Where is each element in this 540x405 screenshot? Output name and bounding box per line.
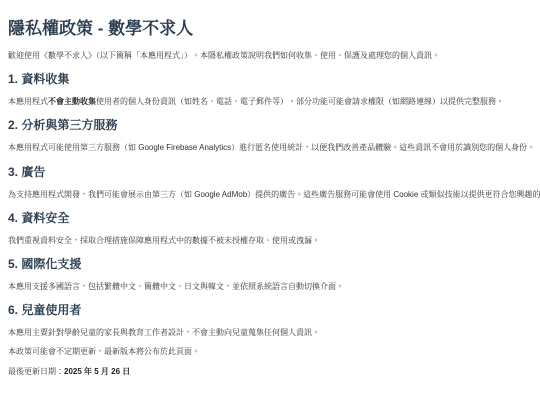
last-updated-label: 最後更新日期： [8, 367, 64, 376]
section-body-ads: 為支持應用程式開發，我們可能會展示由第三方（如 Google AdMob）提供的… [8, 189, 532, 200]
section-heading-analytics-third-party: 2. 分析與第三方服務 [8, 118, 532, 133]
section-data-security: 4. 資料安全 我們重視資料安全，採取合理措施保障應用程式中的數據不被未授權存取… [8, 211, 532, 246]
section-heading-data-security: 4. 資料安全 [8, 211, 532, 226]
body-text-segment: 使用者的個人身份資訊（如姓名、電話、電子郵件等）。部分功能可能會請求權限（如網路… [96, 97, 504, 106]
section-child-users: 6. 兒童使用者 本應用主要針對學齡兒童的家長與教育工作者設計，不會主動向兒童蒐… [8, 303, 532, 338]
section-body-child-users: 本應用主要針對學齡兒童的家長與教育工作者設計，不會主動向兒童蒐集任何個人資訊。 [8, 327, 532, 338]
section-body-i18n-support: 本應用支援多國語言，包括繁體中文、簡體中文、日文與韓文，並依照系統語言自動切換介… [8, 281, 532, 292]
section-analytics-third-party: 2. 分析與第三方服務 本應用程式可能使用第三方服務（如 Google Fire… [8, 118, 532, 153]
body-text-segment: 本應用程式 [8, 97, 48, 106]
section-body-data-collection: 本應用程式不會主動收集使用者的個人身份資訊（如姓名、電話、電子郵件等）。部分功能… [8, 96, 532, 107]
privacy-policy-page: 隱私權政策 - 數學不求人 歡迎使用《數學不求人》（以下簡稱「本應用程式」）。本… [0, 0, 540, 393]
section-heading-i18n-support: 5. 國際化支援 [8, 257, 532, 272]
intro-paragraph: 歡迎使用《數學不求人》（以下簡稱「本應用程式」）。本隱私權政策說明我們如何收集、… [8, 50, 532, 61]
section-data-collection: 1. 資料收集 本應用程式不會主動收集使用者的個人身份資訊（如姓名、電話、電子郵… [8, 72, 532, 107]
last-updated-date: 2025 年 5 月 26 日 [64, 367, 130, 376]
section-heading-child-users: 6. 兒童使用者 [8, 303, 532, 318]
section-body-data-security: 我們重視資料安全，採取合理措施保障應用程式中的數據不被未授權存取、使用或洩漏。 [8, 235, 532, 246]
section-i18n-support: 5. 國際化支援 本應用支援多國語言，包括繁體中文、簡體中文、日文與韓文，並依照… [8, 257, 532, 292]
section-ads: 3. 廣告 為支持應用程式開發，我們可能會展示由第三方（如 Google AdM… [8, 165, 532, 200]
section-heading-ads: 3. 廣告 [8, 165, 532, 180]
page-title: 隱私權政策 - 數學不求人 [8, 18, 532, 40]
section-body-analytics-third-party: 本應用程式可能使用第三方服務（如 Google Firebase Analyti… [8, 142, 532, 153]
body-bold-segment: 不會主動收集 [48, 97, 96, 106]
last-updated-line: 最後更新日期：2025 年 5 月 26 日 [8, 366, 532, 377]
section-heading-data-collection: 1. 資料收集 [8, 72, 532, 87]
update-notice: 本政策可能會不定期更新，最新版本將公布於此頁面。 [8, 346, 532, 357]
